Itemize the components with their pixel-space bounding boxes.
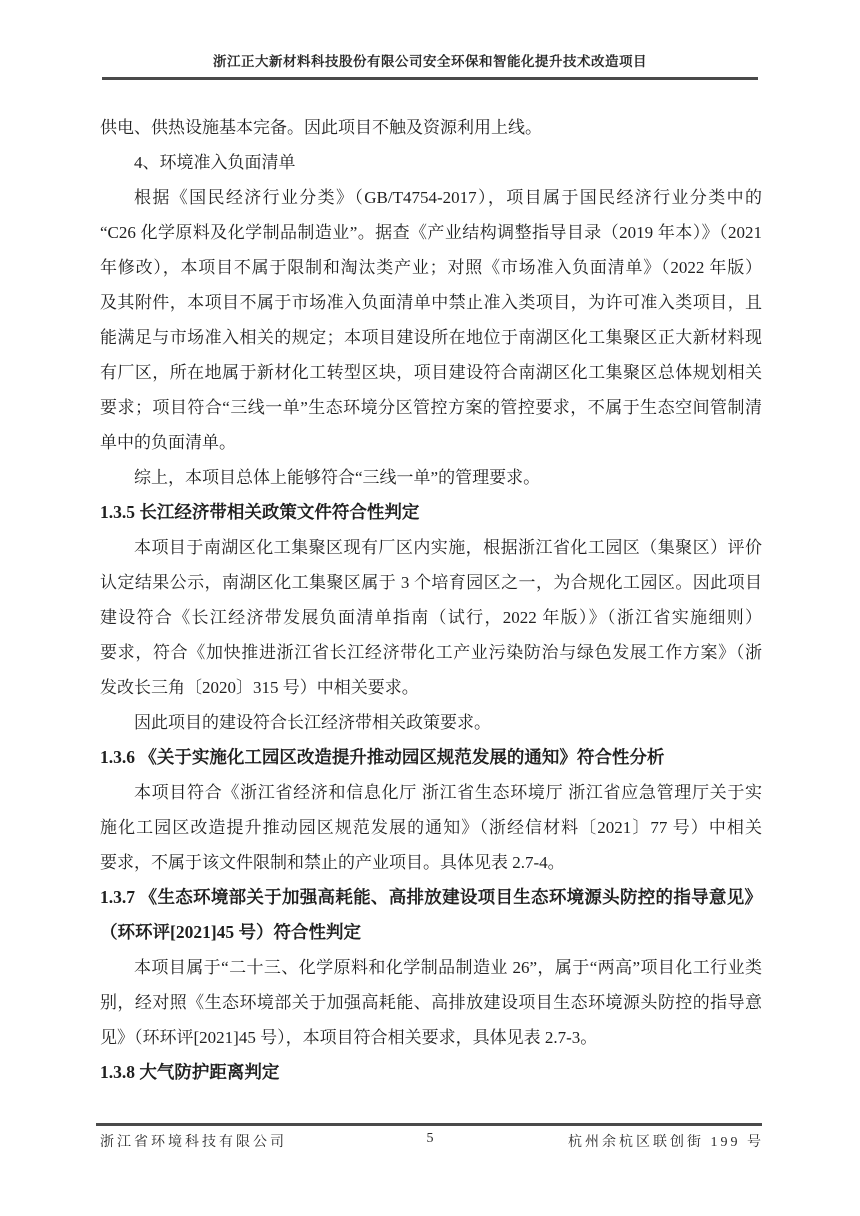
text-line: 见》（环环评[2021]45 号），本项目符合相关要求，具体见表 2.7-3。 xyxy=(100,1020,762,1055)
text-line: 别，经对照《生态环境部关于加强高耗能、高排放建设项目生态环境源头防控的指导意 xyxy=(100,985,762,1020)
text-line: （环环评[2021]45 号）符合性判定 xyxy=(100,915,762,950)
text-line: 根据《国民经济行业分类》（GB/T4754-2017），项目属于国民经济行业分类… xyxy=(100,180,762,215)
text-line: 1.3.6 《关于实施化工园区改造提升推动园区规范发展的通知》符合性分析 xyxy=(100,740,762,775)
text-line: 有厂区，所在地属于新材化工转型区块，项目建设符合南湖区化工集聚区总体规划相关 xyxy=(100,355,762,390)
header-title: 浙江正大新材料科技股份有限公司安全环保和智能化提升技术改造项目 xyxy=(0,50,860,70)
header-rule xyxy=(102,77,758,80)
text-line: 单中的负面清单。 xyxy=(100,425,762,460)
text-line: 年修改），本项目不属于限制和淘汰类产业；对照《市场准入负面清单》（2022 年版… xyxy=(100,250,762,285)
text-line: 及其附件，本项目不属于市场准入负面清单中禁止准入类项目，为许可准入类项目，且 xyxy=(100,285,762,320)
text-line: 4、环境准入负面清单 xyxy=(100,145,762,180)
text-line: 因此项目的建设符合长江经济带相关政策要求。 xyxy=(100,705,762,740)
text-line: “C26 化学原料及化学制品制造业”。据查《产业结构调整指导目录（2019 年本… xyxy=(100,215,762,250)
text-line: 施化工园区改造提升推动园区规范发展的通知》（浙经信材料〔2021〕77 号）中相… xyxy=(100,810,762,845)
text-line: 本项目属于“二十三、化学原料和化学制品制造业 26”，属于“两高”项目化工行业类 xyxy=(100,950,762,985)
text-line: 1.3.7 《生态环境部关于加强高耗能、高排放建设项目生态环境源头防控的指导意见… xyxy=(100,880,762,915)
text-line: 供电、供热设施基本完备。因此项目不触及资源利用上线。 xyxy=(100,110,762,145)
text-line: 要求；项目符合“三线一单”生态环境分区管控方案的管控要求，不属于生态空间管制清 xyxy=(100,390,762,425)
text-line: 综上，本项目总体上能够符合“三线一单”的管理要求。 xyxy=(100,460,762,495)
text-line: 本项目符合《浙江省经济和信息化厅 浙江省生态环境厅 浙江省应急管理厅关于实 xyxy=(100,775,762,810)
footer-address: 杭州余杭区联创街 199 号 xyxy=(568,1131,764,1151)
text-line: 要求，符合《加快推进浙江省长江经济带化工产业污染防治与绿色发展工作方案》（浙 xyxy=(100,635,762,670)
text-line: 1.3.5 长江经济带相关政策文件符合性判定 xyxy=(100,495,762,530)
footer-rule xyxy=(96,1123,762,1126)
document-page: 浙江正大新材料科技股份有限公司安全环保和智能化提升技术改造项目 供电、供热设施基… xyxy=(0,0,860,1216)
document-body: 供电、供热设施基本完备。因此项目不触及资源利用上线。4、环境准入负面清单根据《国… xyxy=(100,110,762,1090)
text-line: 认定结果公示，南湖区化工集聚区属于 3 个培育园区之一，为合规化工园区。因此项目 xyxy=(100,565,762,600)
text-line: 能满足与市场准入相关的规定；本项目建设所在地位于南湖区化工集聚区正大新材料现 xyxy=(100,320,762,355)
text-line: 建设符合《长江经济带发展负面清单指南（试行，2022 年版）》（浙江省实施细则） xyxy=(100,600,762,635)
text-line: 本项目于南湖区化工集聚区现有厂区内实施，根据浙江省化工园区（集聚区）评价 xyxy=(100,530,762,565)
text-line: 1.3.8 大气防护距离判定 xyxy=(100,1055,762,1090)
text-line: 发改长三角〔2020〕315 号）中相关要求。 xyxy=(100,670,762,705)
text-line: 要求，不属于该文件限制和禁止的产业项目。具体见表 2.7-4。 xyxy=(100,845,762,880)
